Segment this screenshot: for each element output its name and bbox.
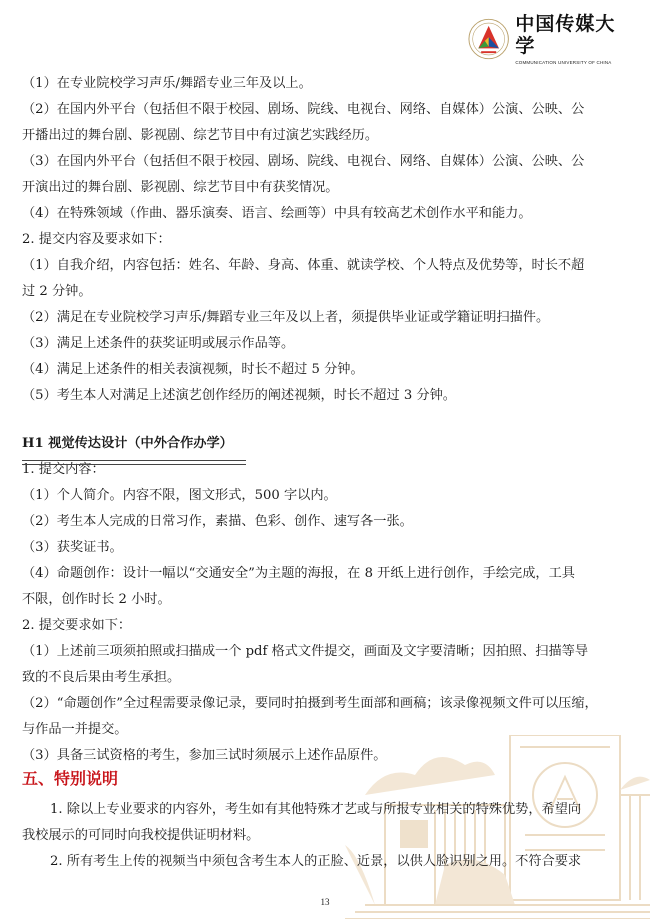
paragraph-line: （4）在特殊领域（作曲、器乐演奏、语言、绘画等）中具有较高艺术创作水平和能力。 — [22, 201, 532, 227]
paragraph-line: （2）在国内外平台（包括但不限于校园、剧场、院线、电视台、网络、自媒体）公演、公… — [22, 97, 584, 123]
university-logo: 中国传媒大学 COMMUNICATION UNIVERSITY OF CHINA — [468, 14, 628, 64]
paragraph-line: （4）满足上述条件的相关表演视频，时长不超过 5 分钟。 — [22, 357, 364, 383]
paragraph-line: （1）自我介绍，内容包括：姓名、年龄、身高、体重、就读学校、个人特点及优势等，时… — [22, 253, 584, 279]
page-number: 13 — [0, 897, 650, 907]
paragraph-line: 开播出过的舞台剧、影视剧、综艺节目中有过演艺实践经历。 — [22, 123, 378, 149]
paragraph-line: 不限，创作时长 2 小时。 — [22, 587, 171, 613]
paragraph-line: 致的不良后果由考生承担。 — [22, 665, 180, 691]
paragraph-line: （2）考生本人完成的日常习作，素描、色彩、创作、速写各一张。 — [22, 509, 413, 535]
heading-underline — [22, 460, 246, 465]
paragraph-line: （2）满足在专业院校学习声乐/舞蹈专业三年及以上者，须提供毕业证或学籍证明扫描件… — [22, 305, 549, 331]
paragraph-line: 过 2 分钟。 — [22, 279, 92, 305]
paragraph-line: 我校展示的可同时向我校提供证明材料。 — [22, 823, 259, 849]
paragraph-line: （3）获奖证书。 — [22, 535, 123, 561]
section-five-title: 五、特别说明 — [22, 766, 118, 789]
paragraph-line: （3）在国内外平台（包括但不限于校园、剧场、院线、电视台、网络、自媒体）公演、公… — [22, 149, 584, 175]
paragraph-line: （2）“命题创作”全过程需要录像记录，要同时拍摄到考生面部和画稿；该录像视频文件… — [22, 691, 598, 717]
paragraph-line: （1）上述前三项须拍照或扫描成一个 pdf 格式文件提交，画面及文字要清晰；因拍… — [22, 639, 588, 665]
campus-watermark-illustration — [345, 735, 650, 919]
paragraph-line: （3）满足上述条件的获奖证明或展示作品等。 — [22, 331, 294, 357]
paragraph-line: （1）个人简介。内容不限，图文形式，500 字以内。 — [22, 483, 337, 509]
paragraph-line: （1）在专业院校学习声乐/舞蹈专业三年及以上。 — [22, 71, 312, 97]
paragraph-line: 开演出过的舞台剧、影视剧、综艺节目中有获奖情况。 — [22, 175, 339, 201]
h1-heading: H1 视觉传达设计（中外合作办学） — [22, 431, 233, 457]
paragraph-line: 2. 提交内容及要求如下： — [22, 227, 171, 253]
paragraph-line: 与作品一并提交。 — [22, 717, 128, 743]
paragraph-line: （5）考生本人对满足上述演艺创作经历的阐述视频，时长不超过 3 分钟。 — [22, 383, 456, 409]
logo-chinese-name: 中国传媒大学 — [515, 13, 628, 57]
paragraph-line: 1. 除以上专业要求的内容外，考生如有其他特殊才艺或与所报专业相关的特殊优势，希… — [50, 797, 581, 823]
paragraph-line: 2. 所有考生上传的视频当中须包含考生本人的正脸、近景，以供人脸识别之用。不符合… — [50, 849, 581, 875]
paragraph-line: 2. 提交要求如下： — [22, 613, 131, 639]
university-emblem-icon — [468, 17, 509, 61]
paragraph-line: （4）命题创作：设计一幅以“交通安全”为主题的海报，在 8 开纸上进行创作，手绘… — [22, 561, 575, 587]
logo-english-name: COMMUNICATION UNIVERSITY OF CHINA — [515, 60, 628, 65]
